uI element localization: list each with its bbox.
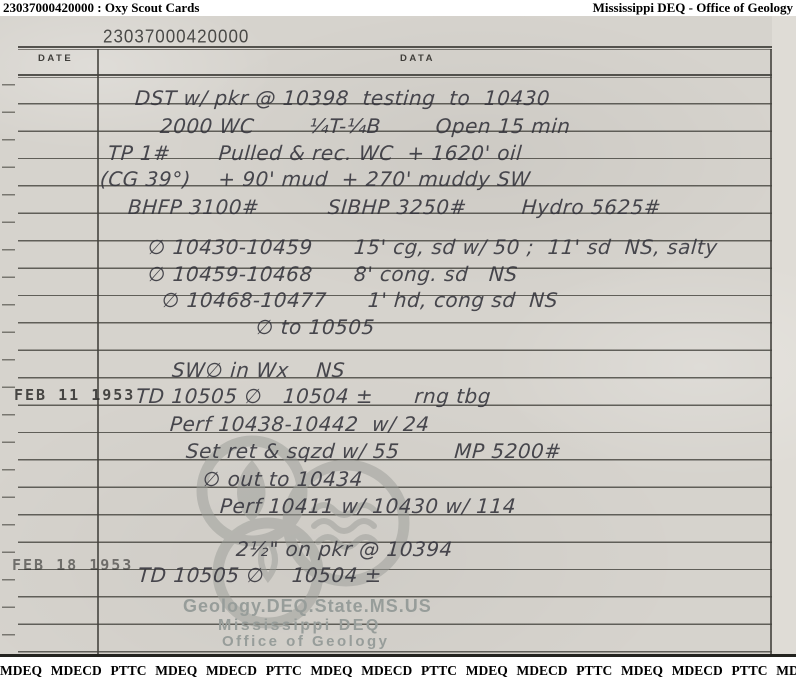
handwriting-line: 2000 WC ¼T-¼B Open 15 min [159, 114, 571, 138]
handwriting-line: ∅ 10468-10477 1' hd, cong sd NS [161, 288, 559, 312]
card-number-stamp: 23037000420000 [103, 26, 249, 48]
scout-card-scan: 23037000420000 DATE DATA [0, 16, 796, 657]
handwriting-line: DST w/ pkr @ 10398 testing to 10430 [134, 86, 551, 110]
handwriting-line: ∅ 10430-10459 15' cg, sd w/ 50 ; 11' sd … [147, 235, 718, 259]
date-stamp-feb-18-1953: FEB 18 1953 [12, 556, 133, 574]
handwriting-line: BHFP 3100# SIBHP 3250# Hydro 5625# [127, 195, 662, 219]
handwriting-line: TP 1# Pulled & rec. WC + 1620' oil [107, 141, 523, 165]
handwriting-line: SW∅ in Wx NS [171, 358, 346, 382]
date-stamp-feb-11-1953: FEB 11 1953 [14, 386, 135, 404]
handwriting-line: Perf 10438-10442 w/ 24 [169, 412, 430, 436]
handwriting-line: TD 10505 ∅ 10504 ± [137, 563, 383, 587]
handwriting-line: Set ret & sqzd w/ 55 MP 5200# [185, 439, 562, 463]
column-header-data: DATA [400, 53, 435, 64]
watermark-office: Office of Geology [222, 633, 390, 650]
handwriting-line: (CG 39°) + 90' mud + 270' muddy SW [99, 167, 531, 191]
page: 23037000420000 : Oxy Scout Cards Mississ… [0, 0, 796, 685]
footer-ticker-text: MDEQ MDECD PTTC MDEQ MDECD PTTC MDEQ MDE… [0, 658, 796, 685]
top-header-bar: 23037000420000 : Oxy Scout Cards Mississ… [0, 0, 796, 16]
handwriting-line: TD 10505 ∅ 10504 ± rng tbg [135, 384, 492, 408]
handwriting-line: ∅ out to 10434 [202, 467, 364, 491]
watermark-url: Geology.DEQ.State.MS.US [183, 596, 432, 617]
card-top-rule-2 [18, 49, 772, 50]
bottom-ticker-bar: MDEQ MDECD PTTC MDEQ MDECD PTTC MDEQ MDE… [0, 658, 796, 685]
card-top-rule [18, 46, 772, 48]
header-separator-rule [18, 74, 772, 76]
column-header-date: DATE [38, 53, 73, 64]
handwriting-line: Perf 10411 w/ 10430 w/ 114 [219, 494, 517, 518]
handwriting-line: ∅ 10459-10468 8' cong. sd NS [147, 262, 518, 286]
page-title: 23037000420000 : Oxy Scout Cards [3, 0, 199, 16]
card-right-border [770, 49, 772, 655]
handwriting-line: ∅ to 10505 [255, 315, 376, 339]
agency-title: Mississippi DEQ - Office of Geology [593, 0, 793, 16]
handwriting-line: 2½" on pkr @ 10394 [235, 537, 453, 561]
